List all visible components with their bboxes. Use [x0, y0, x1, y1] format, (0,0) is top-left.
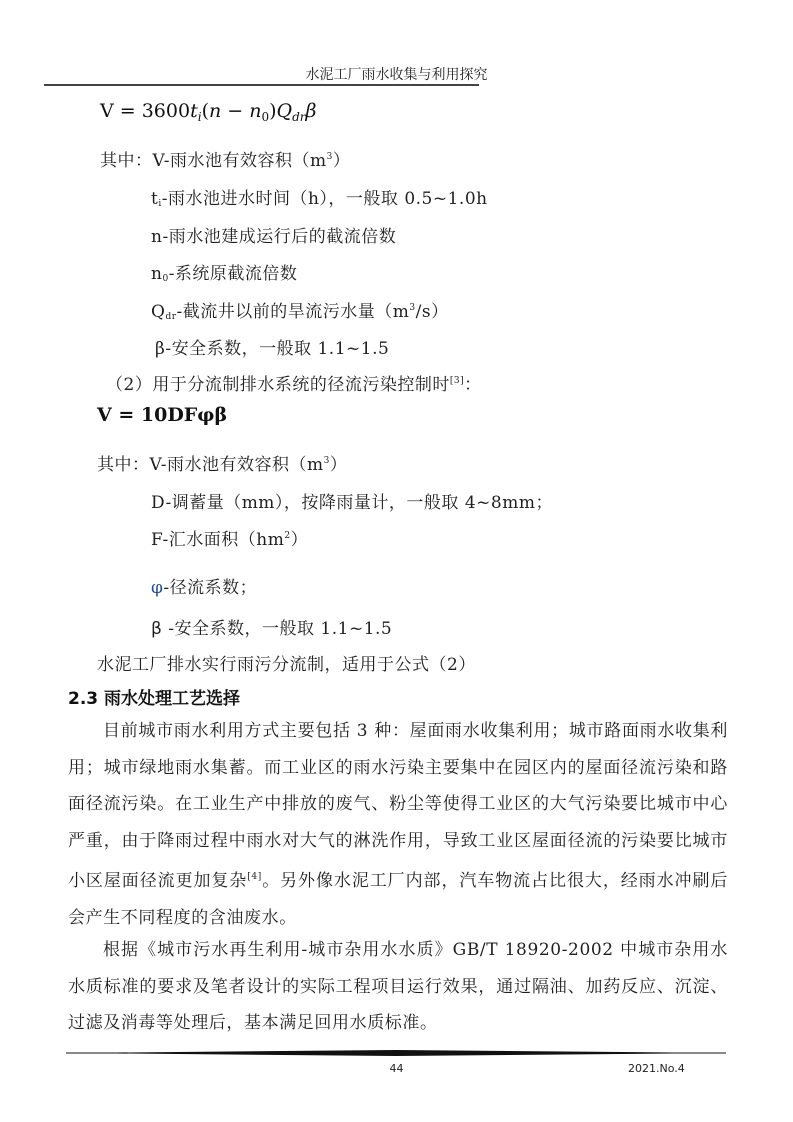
- close-paren: ）: [333, 151, 351, 171]
- legend-1-intro: 其中：V-雨水池有效容积（m3）: [100, 146, 350, 171]
- legend-1-intro-text: 其中：V-雨水池有效容积（m: [100, 151, 327, 171]
- colon: ：: [464, 375, 482, 395]
- case-2-label: （2）用于分流制排水系统的径流污染控制时: [106, 375, 450, 395]
- section-paragraph-2: 根据《城市污水再生利用-城市杂用水水质》GB/T 18920-2002 中城市杂…: [68, 932, 728, 1042]
- footer-rule: [66, 1049, 726, 1057]
- legend-1-qdr: Qdr-截流井以前的旱流污水量（m3/s）: [151, 297, 449, 322]
- legend-2-phi: φ-径流系数；: [151, 573, 257, 598]
- running-header-title: 水泥工厂雨水收集与利用探究: [0, 64, 793, 84]
- case-2-text: （2）用于分流制排水系统的径流污染控制时[3]：: [106, 370, 482, 395]
- sub-dr: dr: [292, 110, 305, 124]
- var-n0: n: [249, 100, 261, 122]
- ti-description: -雨水池进水时间（h），一般取 0.5~1.0h: [162, 189, 488, 209]
- var-beta: β: [306, 100, 317, 122]
- paragraph-1-text: 目前城市雨水利用方式主要包括 3 种：屋面雨水收集利用；城市路面雨水收集利用；城…: [68, 721, 728, 891]
- legend-1-n: n-雨水池建成运行后的截流倍数: [151, 222, 396, 247]
- section-paragraph-1: 目前城市雨水利用方式主要包括 3 种：屋面雨水收集利用；城市路面雨水收集利用；城…: [68, 713, 728, 936]
- close-paren: ）: [330, 455, 348, 475]
- legend-2-intro: 其中：V-雨水池有效容积（m3）: [97, 450, 347, 475]
- n0-description: -系统原截流倍数: [169, 264, 298, 284]
- formula-2: V = 10DFφβ: [97, 404, 227, 426]
- beta-description: -安全系数，一般取 1.1~1.5: [162, 619, 392, 639]
- issue-label: 2021.No.4: [628, 1062, 685, 1075]
- f-description: F-汇水面积（hm: [151, 530, 284, 550]
- paren-close: ): [269, 100, 276, 122]
- formula-1-lhs: V = 3600: [100, 100, 190, 122]
- beta-symbol: β: [151, 619, 162, 639]
- legend-1-beta: β-安全系数，一般取 1.1~1.5: [155, 334, 389, 359]
- sub-0: 0: [261, 110, 269, 124]
- legend-2-beta: β -安全系数，一般取 1.1~1.5: [151, 614, 392, 639]
- section-heading: 2.3 雨水处理工艺选择: [68, 684, 240, 709]
- phi-symbol: φ: [151, 578, 163, 598]
- qdr-description: -截流井以前的旱流污水量（m: [177, 302, 410, 322]
- legend-2-intro-text: 其中：V-雨水池有效容积（m: [97, 455, 324, 475]
- legend-2-f: F-汇水面积（hm2）: [151, 525, 308, 550]
- symbol-n: n: [151, 264, 162, 284]
- legend-1-ti: ti-雨水池进水时间（h），一般取 0.5~1.0h: [151, 184, 488, 209]
- close-paren: ）: [291, 530, 309, 550]
- citation-3: [3]: [450, 376, 464, 386]
- var-n: n: [209, 100, 221, 122]
- symbol-q: Q: [151, 302, 165, 322]
- var-t: t: [190, 100, 198, 122]
- conclusion-text: 水泥工厂排水实行雨污分流制，适用于公式（2）: [97, 650, 476, 675]
- minus: −: [221, 100, 249, 122]
- legend-2-d: D-调蓄量（mm），按降雨量计，一般取 4~8mm；: [151, 488, 553, 513]
- formula-1: V = 3600ti(n − n0)Qdrβ: [100, 100, 317, 124]
- paren-open: (: [202, 100, 209, 122]
- legend-1-n0: n0-系统原截流倍数: [151, 259, 297, 284]
- unit-close: /s）: [416, 302, 449, 322]
- phi-description: -径流系数；: [163, 578, 257, 598]
- citation-4: [4]: [247, 872, 262, 882]
- header-divider: [44, 84, 479, 86]
- var-q: Q: [277, 100, 293, 122]
- sub-dr: dr: [165, 312, 176, 322]
